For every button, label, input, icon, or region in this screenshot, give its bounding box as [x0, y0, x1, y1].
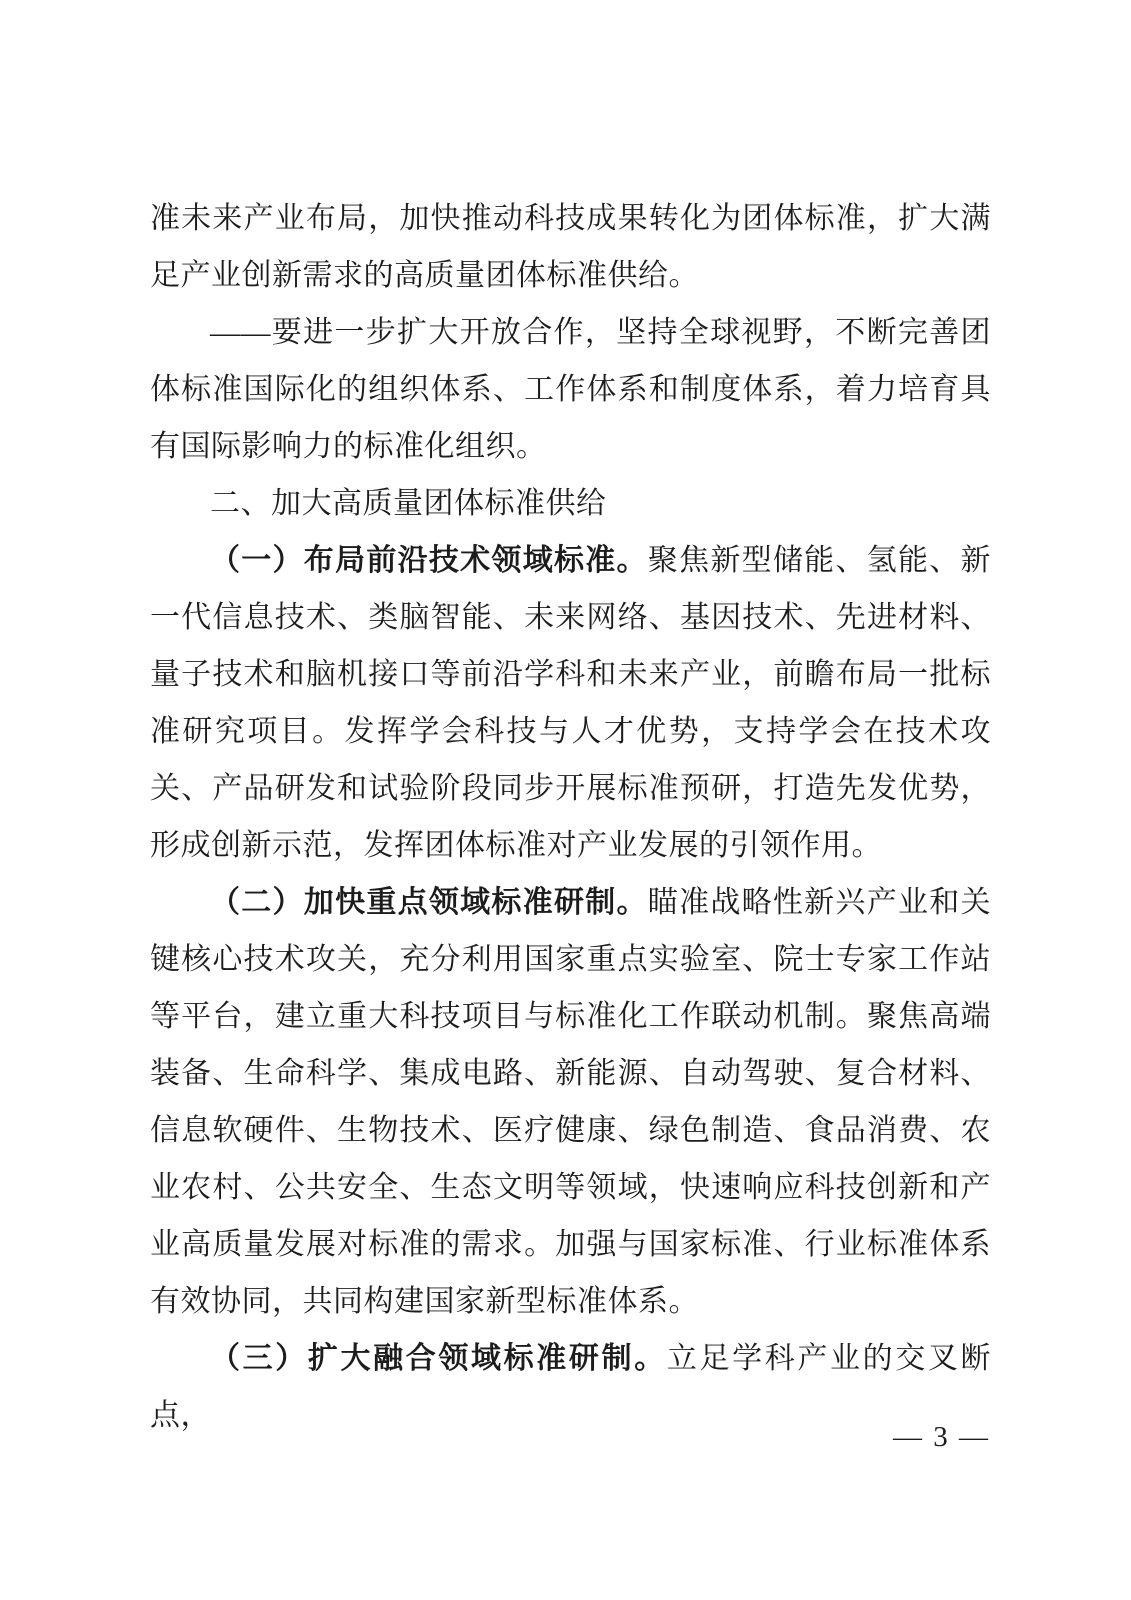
paragraph-item-2-text: 瞄准战略性新兴产业和关键核心技术攻关，充分利用国家重点实验室、院士专家工作站等平…	[150, 886, 991, 1318]
document-body: 准未来产业布局，加快推动科技成果转化为团体标准，扩大满足产业创新需求的高质量团体…	[150, 190, 991, 1444]
paragraph-item-2-lead: （二）加快重点领域标准研制。	[210, 886, 648, 919]
paragraph-dash-item: ——要进一步扩大开放合作，坚持全球视野，不断完善团体标准国际化的组织体系、工作体…	[150, 304, 991, 475]
paragraph-continuation: 准未来产业布局，加快推动科技成果转化为团体标准，扩大满足产业创新需求的高质量团体…	[150, 190, 991, 304]
paragraph-item-2: （二）加快重点领域标准研制。瞄准战略性新兴产业和关键核心技术攻关，充分利用国家重…	[150, 874, 991, 1330]
paragraph-item-3-lead: （三）扩大融合领域标准研制。	[210, 1342, 667, 1375]
document-page: 准未来产业布局，加快推动科技成果转化为团体标准，扩大满足产业创新需求的高质量团体…	[0, 0, 1131, 1600]
paragraph-item-1-text: 聚焦新型储能、氢能、新一代信息技术、类脑智能、未来网络、基因技术、先进材料、量子…	[150, 544, 991, 862]
paragraph-item-3: （三）扩大融合领域标准研制。立足学科产业的交叉断点，	[150, 1330, 991, 1444]
paragraph-item-1-lead: （一）布局前沿技术领域标准。	[210, 544, 648, 577]
paragraph-item-1: （一）布局前沿技术领域标准。聚焦新型储能、氢能、新一代信息技术、类脑智能、未来网…	[150, 532, 991, 874]
page-number: — 3 —	[893, 1419, 990, 1455]
section-heading: 二、加大高质量团体标准供给	[150, 475, 991, 532]
